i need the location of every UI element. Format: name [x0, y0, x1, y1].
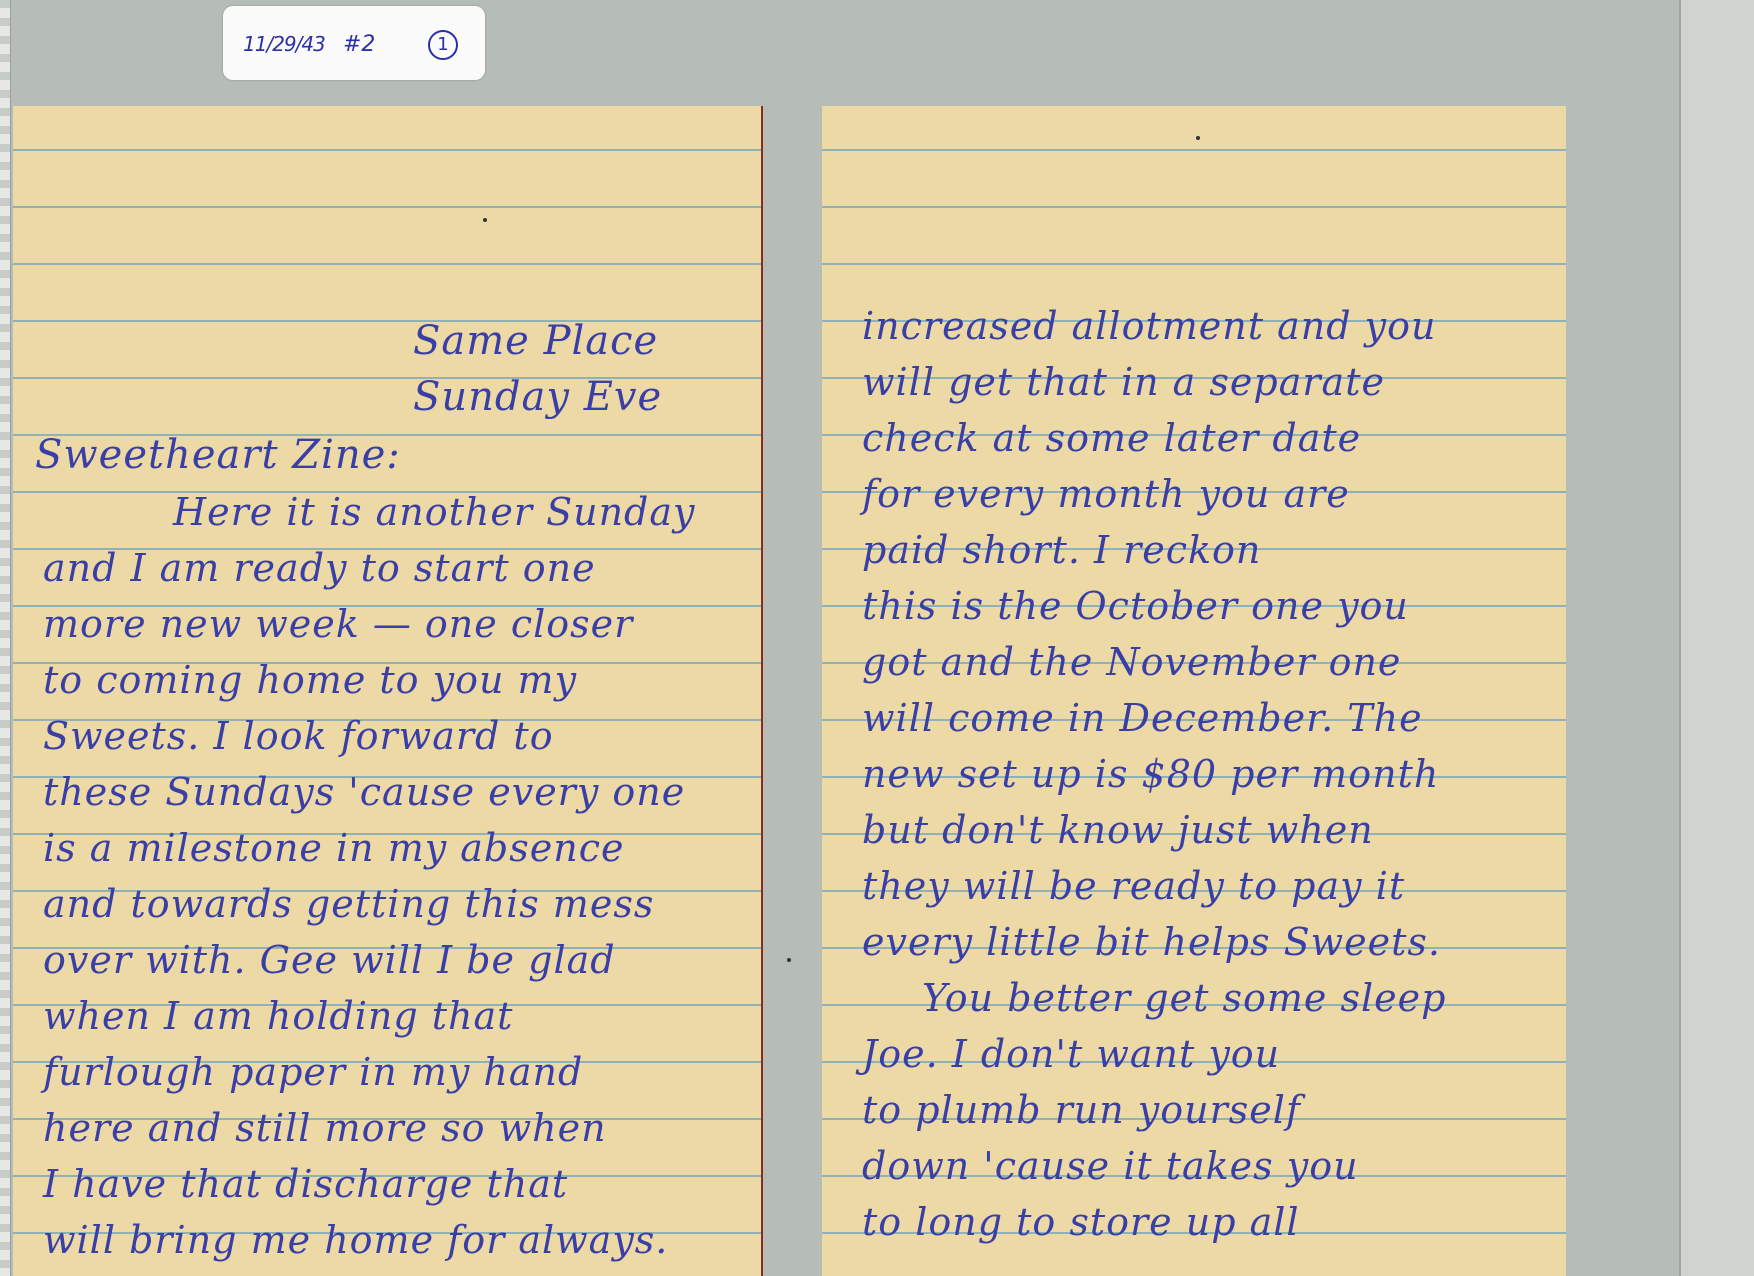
letter-line: got and the November one	[862, 640, 1401, 684]
letter-line: new set up is $80 per month	[862, 752, 1439, 796]
letter-line: will get that in a separate	[862, 360, 1385, 404]
label-letter-number: #2	[343, 32, 375, 57]
letter-line: You better get some sleep	[922, 976, 1446, 1020]
letter-line: these Sundays 'cause every one	[43, 770, 685, 814]
letter-heading-day: Sunday Eve	[413, 374, 662, 420]
letter-line: more new week — one closer	[43, 602, 633, 646]
letter-line: down 'cause it takes you	[862, 1144, 1359, 1188]
letter-line: furlough paper in my hand	[43, 1050, 583, 1094]
letter-line: Sweets. I look forward to	[43, 714, 554, 758]
letter-line: will bring me home for always.	[43, 1218, 668, 1262]
letter-line: and towards getting this mess	[43, 882, 654, 926]
letter-salutation: Sweetheart Zine:	[35, 432, 401, 478]
letter-line: when I am holding that	[43, 994, 513, 1038]
letter-line: to plumb run yourself	[862, 1088, 1301, 1132]
letter-line: Here it is another Sunday	[173, 490, 696, 534]
letter-line: for every month you are	[862, 472, 1350, 516]
letter-line: I have that discharge that	[43, 1162, 568, 1206]
letter-line: to coming home to you my	[43, 658, 577, 702]
letter-line: Joe. I don't want you	[862, 1032, 1280, 1076]
letter-line: and I am ready to start one	[43, 546, 596, 590]
archive-label: 11/29/43 #2 1	[223, 6, 485, 80]
paper-speck	[483, 218, 487, 222]
letter-line: this is the October one you	[862, 584, 1409, 628]
label-page-marker: 1	[428, 30, 458, 60]
letter-line: they will be ready to pay it	[862, 864, 1405, 908]
letter-line: increased allotment and you	[862, 304, 1436, 348]
letter-line: every little bit helps Sweets.	[862, 920, 1441, 964]
paper-speck	[1196, 136, 1200, 140]
letter-line: but don't know just when	[862, 808, 1374, 852]
letter-heading-place: Same Place	[413, 318, 658, 364]
letter-line: check at some later date	[862, 416, 1361, 460]
letter-line: to long to store up all	[862, 1200, 1300, 1244]
letter-page-left: Same Place Sunday Eve Sweetheart Zine: H…	[13, 106, 763, 1276]
sleeve-speck	[787, 958, 791, 962]
letter-line: paid short. I reckon	[862, 528, 1261, 572]
letter-line: here and still more so when	[43, 1106, 607, 1150]
letter-page-right: increased allotment and you will get tha…	[822, 106, 1566, 1276]
letter-line: is a milestone in my absence	[43, 826, 625, 870]
sleeve-right-edge	[1679, 0, 1754, 1276]
label-date: 11/29/43	[243, 32, 325, 56]
letter-line: over with. Gee will I be glad	[43, 938, 616, 982]
sleeve-binding-edge	[0, 0, 11, 1276]
letter-line: will come in December. The	[862, 696, 1423, 740]
